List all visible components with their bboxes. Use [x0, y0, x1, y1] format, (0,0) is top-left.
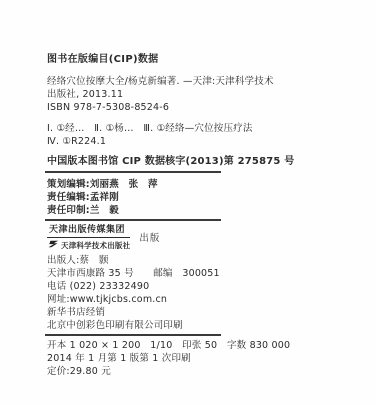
publisher-block: 天津出版传媒集团 天津科学技术出版社 出版: [47, 225, 375, 251]
publisher-role-label: 出版: [139, 232, 160, 245]
publishing-group-name: 天津出版传媒集团: [47, 225, 130, 236]
publisher-person-line: 出版人:蔡 颢: [47, 254, 375, 267]
website-line: 网址:www.tjkjcbs.com.cn: [47, 293, 375, 306]
publication-details-section: 出版人:蔡 颢 天津市西康路 35 号 邮编 300051 电话 (022) 2…: [47, 254, 375, 332]
print-supervisor-label: 责任印制:: [47, 205, 90, 216]
planning-editor-value: 刘丽燕 张 萍: [90, 179, 158, 190]
address-line: 天津市西康路 35 号 邮编 300051: [47, 267, 375, 280]
editors-section: 策划编辑:刘丽燕 张 萍 责任编辑:孟祥刚 责任印制:兰 毅: [47, 178, 375, 217]
cip-data-header: 图书在版编目(CIP)数据: [47, 53, 375, 66]
divider-middle: [45, 219, 221, 221]
printing-info-section: 开本 1 020 × 1 200 1/10 印张 50 字数 830 000 2…: [47, 339, 375, 378]
classification-line-2: Ⅳ. ①R224.1: [47, 135, 375, 148]
distributor-line: 新华书店经销: [47, 306, 375, 319]
printer-line: 北京中创彩色印刷有限公司印刷: [47, 319, 375, 332]
cip-record-number: 中国版本图书馆 CIP 数据核字(2013)第 275875 号: [47, 155, 375, 168]
planning-editor-label: 策划编辑:: [47, 179, 90, 190]
press-swoosh-logo-icon: [48, 240, 59, 251]
isbn-line: ISBN 978-7-5308-8524-6: [47, 101, 375, 114]
copyright-page: 图书在版编目(CIP)数据 经络穴位按摩大全/杨克新编著. —天津:天津科学技术…: [0, 0, 375, 406]
format-line: 开本 1 020 × 1 200 1/10 印张 50 字数 830 000: [47, 339, 375, 352]
divider-bottom: [45, 334, 221, 336]
responsible-editor-value: 孟祥刚: [90, 192, 119, 203]
divider-top: [45, 171, 221, 173]
cip-entry-line-1: 经络穴位按摩大全/杨克新编著. —天津:天津科学技术: [47, 75, 375, 88]
publisher-names: 天津出版传媒集团 天津科学技术出版社: [47, 225, 130, 251]
print-supervisor-row: 责任印制:兰 毅: [47, 204, 375, 217]
price-line: 定价:29.80 元: [47, 365, 375, 378]
planning-editor-row: 策划编辑:刘丽燕 张 萍: [47, 178, 375, 191]
cip-entry-line-2: 出版社, 2013.11: [47, 88, 375, 101]
press-name: 天津科学技术出版社: [61, 241, 130, 251]
publisher-underline: [47, 237, 130, 238]
press-name-row: 天津科学技术出版社: [47, 240, 130, 251]
phone-line: 电话 (022) 23332490: [47, 280, 375, 293]
responsible-editor-row: 责任编辑:孟祥刚: [47, 191, 375, 204]
print-supervisor-value: 兰 毅: [90, 205, 119, 216]
responsible-editor-label: 责任编辑:: [47, 192, 90, 203]
classification-line-1: Ⅰ. ①经… Ⅱ. ①杨… Ⅲ. ①经络—穴位按压疗法: [47, 122, 375, 135]
edition-line: 2014 年 1 月第 1 版第 1 次印刷: [47, 352, 375, 365]
